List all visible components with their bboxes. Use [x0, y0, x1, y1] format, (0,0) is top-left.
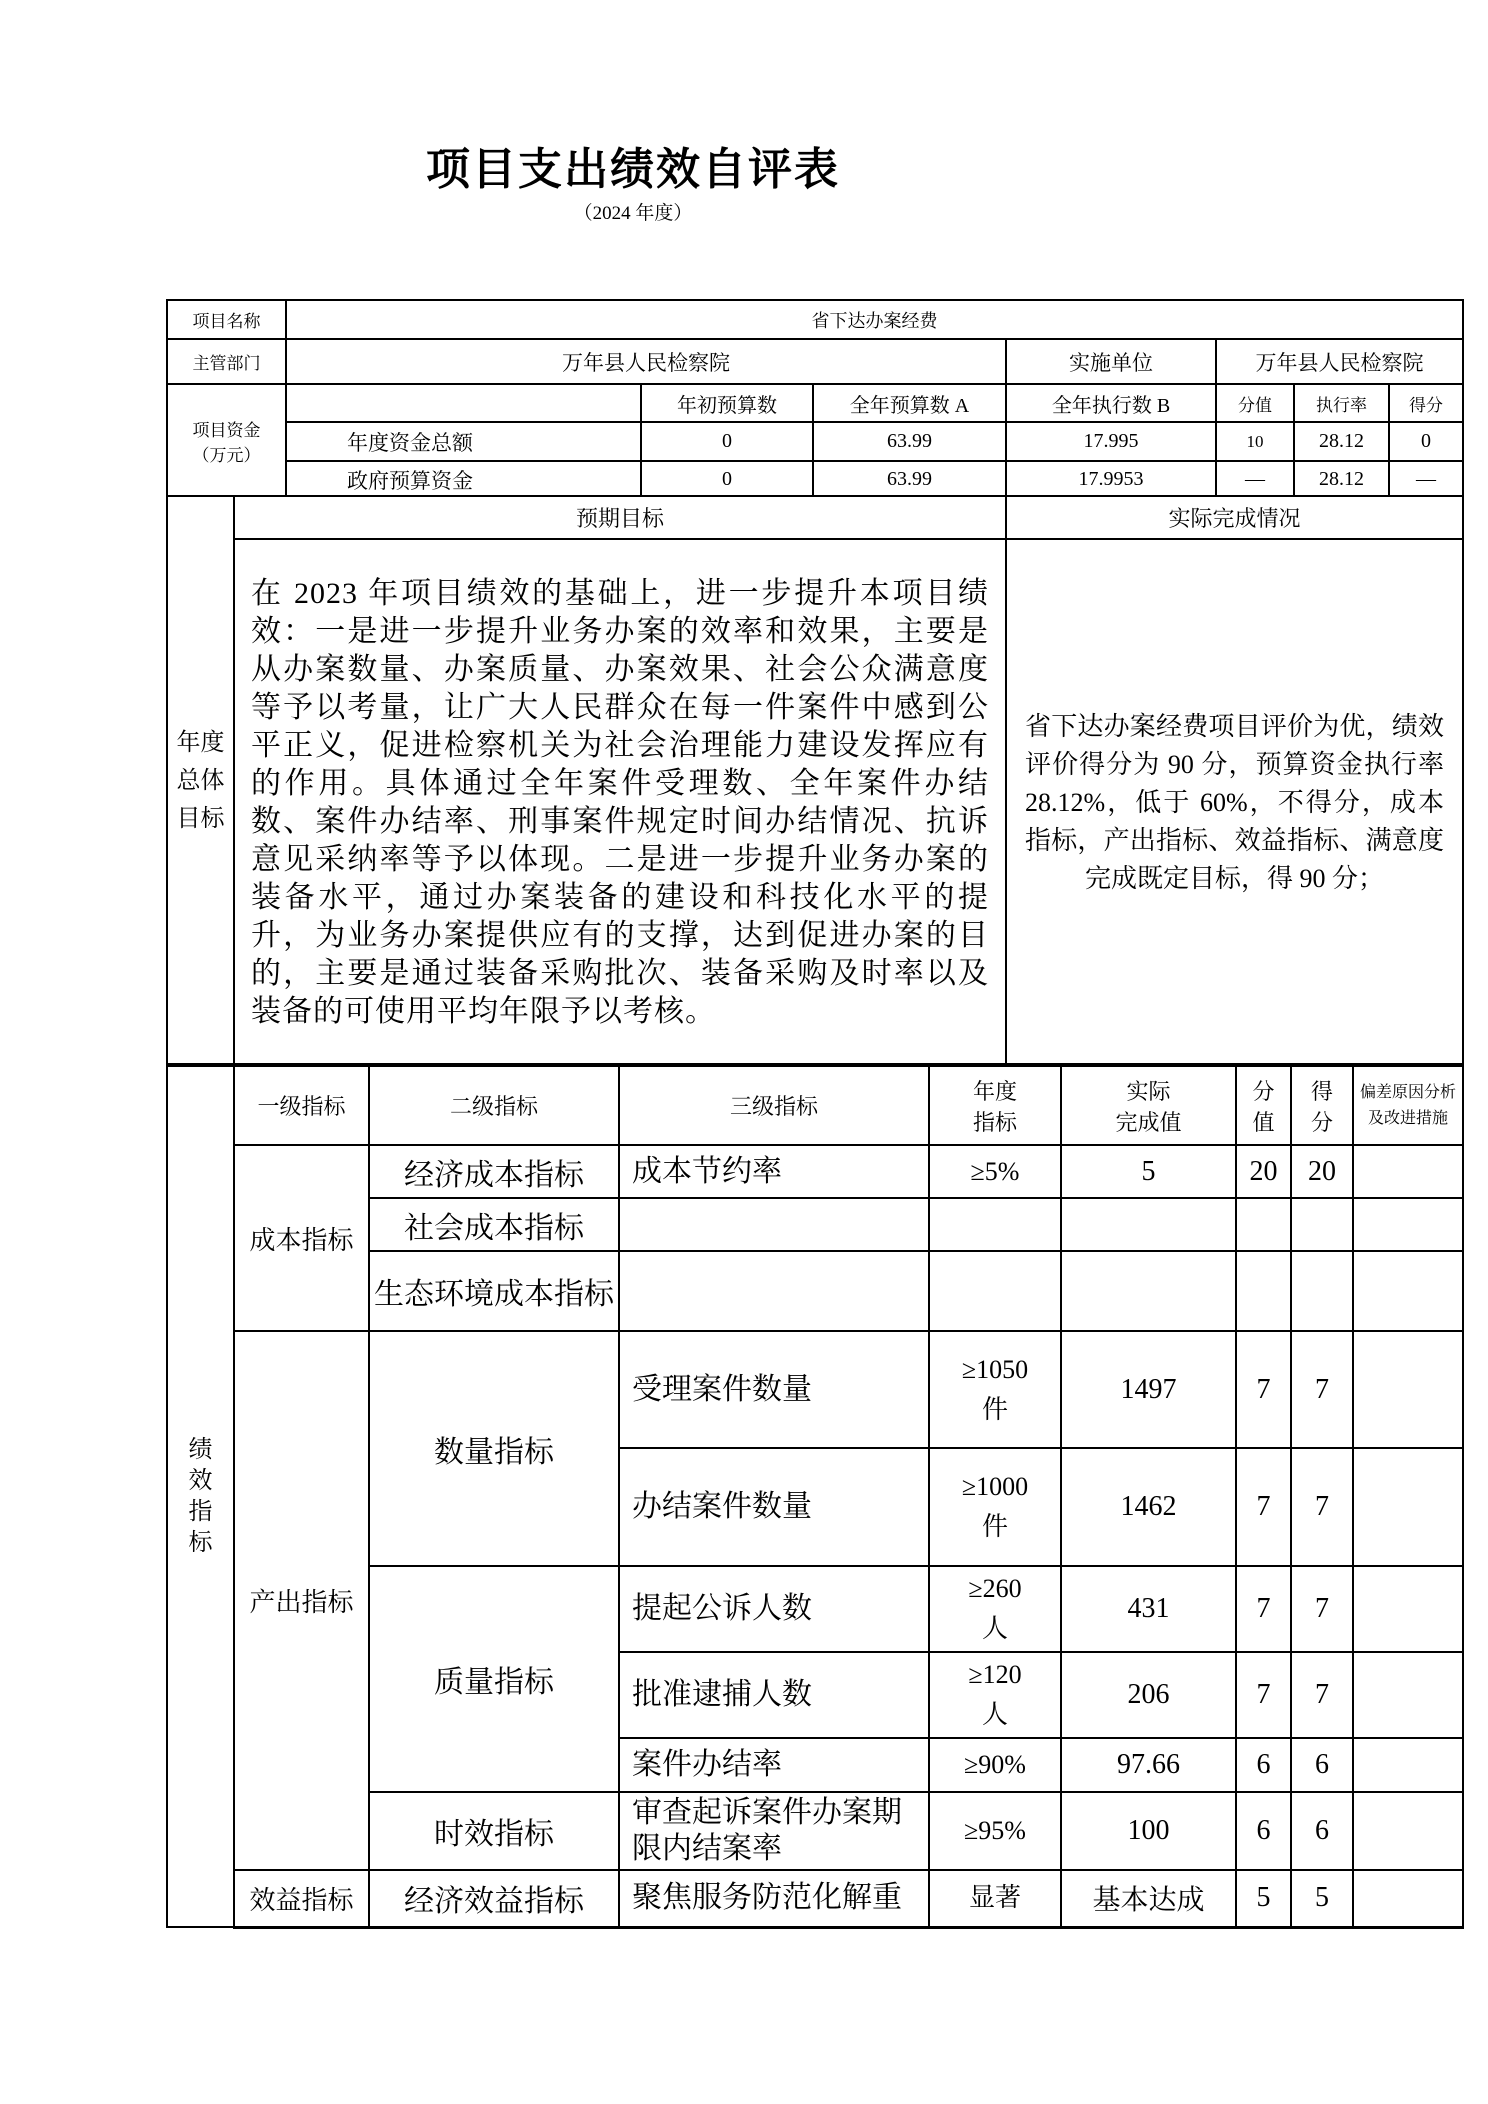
- indicator-deviation: [1353, 1566, 1463, 1652]
- indicator-score: 20: [1291, 1145, 1353, 1198]
- indicator-row: 成本指标 经济成本指标 成本节约率 ≥5% 5 20 20: [167, 1145, 1463, 1198]
- indicator-score-value: 7: [1236, 1331, 1291, 1448]
- implement-unit-label: 实施单位: [1006, 339, 1216, 384]
- indicator-score: 6: [1291, 1792, 1353, 1870]
- indicator-level2: 生态环境成本指标: [369, 1251, 619, 1331]
- header-score: 得 分: [1291, 1065, 1353, 1145]
- funds-header-score: 得分: [1389, 384, 1463, 422]
- indicator-score-value: 6: [1236, 1792, 1291, 1870]
- indicator-score-value: 7: [1236, 1566, 1291, 1652]
- indicators-section-label: 绩效指标: [167, 1065, 234, 1927]
- actual-completion-header: 实际完成情况: [1006, 496, 1463, 539]
- fund-score: —: [1389, 461, 1463, 498]
- page-title: 项目支出绩效自评表: [0, 133, 1266, 197]
- indicator-deviation: [1353, 1738, 1463, 1792]
- header-actual-value: 实际 完成值: [1061, 1065, 1236, 1145]
- indicator-level3: [619, 1251, 929, 1331]
- indicator-score: 7: [1291, 1448, 1353, 1566]
- indicator-score-value: 5: [1236, 1870, 1291, 1927]
- indicator-level1: 产出指标: [234, 1331, 369, 1870]
- indicator-actual: 431: [1061, 1566, 1236, 1652]
- expected-goal-header: 预期目标: [234, 496, 1006, 539]
- indicator-score: 7: [1291, 1652, 1353, 1738]
- department-label: 主管部门: [167, 339, 286, 384]
- header-deviation: 偏差原因分析及改进措施: [1353, 1065, 1463, 1145]
- indicator-deviation: [1353, 1870, 1463, 1927]
- project-name-value: 省下达办案经费: [286, 300, 1463, 339]
- indicator-level3: 办结案件数量: [619, 1448, 929, 1566]
- indicator-level1: 效益指标: [234, 1870, 369, 1927]
- indicator-score-value: [1236, 1198, 1291, 1251]
- indicator-target: [929, 1251, 1061, 1331]
- expected-goal-text: 在 2023 年项目绩效的基础上，进一步提升本项目绩效：一是进一步提升业务办案的…: [239, 575, 1001, 1031]
- indicator-target: [929, 1198, 1061, 1251]
- indicator-score: 6: [1291, 1738, 1353, 1792]
- funds-blank-cell: [286, 384, 641, 422]
- indicator-score: 7: [1291, 1331, 1353, 1448]
- fund-row-name: 年度资金总额: [286, 422, 641, 461]
- implement-unit-value: 万年县人民检察院: [1216, 339, 1463, 384]
- fund-initial: 0: [641, 461, 813, 498]
- indicator-target: ≥1050件: [929, 1331, 1061, 1448]
- indicator-score: [1291, 1198, 1353, 1251]
- indicator-level2: 社会成本指标: [369, 1198, 619, 1251]
- page-subtitle: （2024 年度）: [0, 198, 1266, 225]
- indicator-row: 产出指标 数量指标 受理案件数量 ≥1050件 1497 7 7: [167, 1331, 1463, 1448]
- indicator-level2: 时效指标: [369, 1792, 619, 1870]
- indicator-level3: 审查起诉案件办案期限内结案率: [619, 1792, 929, 1870]
- department-row: 主管部门 万年县人民检察院 实施单位 万年县人民检察院: [167, 339, 1463, 384]
- indicator-score: 5: [1291, 1870, 1353, 1927]
- goal-header-row: 年度总体目标 预期目标 实际完成情况: [167, 496, 1463, 539]
- funds-header-row: 项目资金 （万元） 年初预算数 全年预算数 A 全年执行数 B 分值 执行率 得…: [167, 384, 1463, 422]
- indicator-actual: 100: [1061, 1792, 1236, 1870]
- annual-goal-table: 年度总体目标 预期目标 实际完成情况 在 2023 年项目绩效的基础上，进一步提…: [166, 495, 1464, 1067]
- indicator-level3: 成本节约率: [619, 1145, 929, 1198]
- project-name-label: 项目名称: [167, 300, 286, 339]
- indicator-target: ≥260人: [929, 1566, 1061, 1652]
- indicators-section-label-text: 绩效指标: [187, 1435, 213, 1559]
- fund-score-value: —: [1216, 461, 1294, 498]
- indicator-actual: 97.66: [1061, 1738, 1236, 1792]
- funds-row-total: 年度资金总额 0 63.99 17.995 10 28.12 0: [167, 422, 1463, 461]
- header-score-value: 分 值: [1236, 1065, 1291, 1145]
- annual-goal-section-label: 年度总体目标: [167, 496, 234, 1066]
- actual-completion-text: 省下达办案经费项目评价为优，绩效评价得分为 90 分，预算资金执行率 28.12…: [1011, 708, 1458, 898]
- indicator-deviation: [1353, 1448, 1463, 1566]
- indicator-level2: 数量指标: [369, 1331, 619, 1566]
- indicator-target: ≥1000件: [929, 1448, 1061, 1566]
- header-level2: 二级指标: [369, 1065, 619, 1145]
- funds-header-exec-rate: 执行率: [1294, 384, 1389, 422]
- fund-annual: 63.99: [813, 461, 1006, 498]
- funds-row-gov: 政府预算资金 0 63.99 17.9953 — 28.12 —: [167, 461, 1463, 498]
- indicator-deviation: [1353, 1331, 1463, 1448]
- actual-completion-cell: 省下达办案经费项目评价为优，绩效评价得分为 90 分，预算资金执行率 28.12…: [1006, 539, 1463, 1066]
- indicator-score-value: 6: [1236, 1738, 1291, 1792]
- goal-body-row: 在 2023 年项目绩效的基础上，进一步提升本项目绩效：一是进一步提升业务办案的…: [167, 539, 1463, 1066]
- project-name-row: 项目名称 省下达办案经费: [167, 300, 1463, 339]
- indicator-score: [1291, 1251, 1353, 1331]
- indicator-target: 显著: [929, 1870, 1061, 1927]
- indicator-level3: 提起公诉人数: [619, 1566, 929, 1652]
- indicator-actual: 206: [1061, 1652, 1236, 1738]
- funds-header-score-value: 分值: [1216, 384, 1294, 422]
- indicator-deviation: [1353, 1792, 1463, 1870]
- indicator-actual: 5: [1061, 1145, 1236, 1198]
- indicator-actual: 1462: [1061, 1448, 1236, 1566]
- basic-info-table: 项目名称 省下达办案经费 主管部门 万年县人民检察院 实施单位 万年县人民检察院…: [166, 299, 1464, 499]
- indicator-level2: 经济效益指标: [369, 1870, 619, 1927]
- department-value: 万年县人民检察院: [286, 339, 1006, 384]
- fund-score-value: 10: [1216, 422, 1294, 461]
- funds-section-label: 项目资金 （万元）: [167, 384, 286, 498]
- fund-row-name: 政府预算资金: [286, 461, 641, 498]
- fund-executed: 17.9953: [1006, 461, 1216, 498]
- indicator-row: 效益指标 经济效益指标 聚焦服务防范化解重 显著 基本达成 5 5: [167, 1870, 1463, 1927]
- indicators-header-row: 绩效指标 一级指标 二级指标 三级指标 年度 指标 实际 完成值 分 值 得 分…: [167, 1065, 1463, 1145]
- indicator-level3: 聚焦服务防范化解重: [619, 1870, 929, 1927]
- indicator-deviation: [1353, 1251, 1463, 1331]
- annual-goal-section-label-text: 年度总体目标: [174, 724, 227, 838]
- indicator-target: ≥120人: [929, 1652, 1061, 1738]
- indicator-score-value: 7: [1236, 1652, 1291, 1738]
- indicator-score-value: 20: [1236, 1145, 1291, 1198]
- document-page: 项目支出绩效自评表 （2024 年度） 项目名称 省下达办案经费 主管部门 万年…: [0, 0, 1488, 2104]
- expected-goal-cell: 在 2023 年项目绩效的基础上，进一步提升本项目绩效：一是进一步提升业务办案的…: [234, 539, 1006, 1066]
- indicator-target: ≥5%: [929, 1145, 1061, 1198]
- indicator-deviation: [1353, 1652, 1463, 1738]
- indicator-deviation: [1353, 1198, 1463, 1251]
- fund-score: 0: [1389, 422, 1463, 461]
- header-level1: 一级指标: [234, 1065, 369, 1145]
- header-level3: 三级指标: [619, 1065, 929, 1145]
- indicator-level2: 质量指标: [369, 1566, 619, 1792]
- indicator-deviation: [1353, 1145, 1463, 1198]
- fund-executed: 17.995: [1006, 422, 1216, 461]
- fund-exec-rate: 28.12: [1294, 422, 1389, 461]
- fund-annual: 63.99: [813, 422, 1006, 461]
- header-deviation-text: 偏差原因分析及改进措施: [1358, 1080, 1457, 1132]
- indicator-score-value: [1236, 1251, 1291, 1331]
- fund-initial: 0: [641, 422, 813, 461]
- indicator-level3: 受理案件数量: [619, 1331, 929, 1448]
- header-annual-target: 年度 指标: [929, 1065, 1061, 1145]
- indicator-target: ≥95%: [929, 1792, 1061, 1870]
- indicator-level3: [619, 1198, 929, 1251]
- indicator-level1: 成本指标: [234, 1145, 369, 1331]
- fund-exec-rate: 28.12: [1294, 461, 1389, 498]
- funds-header-executed: 全年执行数 B: [1006, 384, 1216, 422]
- indicator-actual: [1061, 1251, 1236, 1331]
- indicator-level3: 案件办结率: [619, 1738, 929, 1792]
- indicator-score: 7: [1291, 1566, 1353, 1652]
- indicator-level2: 经济成本指标: [369, 1145, 619, 1198]
- funds-header-annual: 全年预算数 A: [813, 384, 1006, 422]
- indicator-target: ≥90%: [929, 1738, 1061, 1792]
- indicators-table: 绩效指标 一级指标 二级指标 三级指标 年度 指标 实际 完成值 分 值 得 分…: [166, 1063, 1464, 1929]
- indicator-actual: 基本达成: [1061, 1870, 1236, 1927]
- funds-header-initial: 年初预算数: [641, 384, 813, 422]
- indicator-actual: [1061, 1198, 1236, 1251]
- indicator-score-value: 7: [1236, 1448, 1291, 1566]
- indicator-actual: 1497: [1061, 1331, 1236, 1448]
- indicator-level3: 批准逮捕人数: [619, 1652, 929, 1738]
